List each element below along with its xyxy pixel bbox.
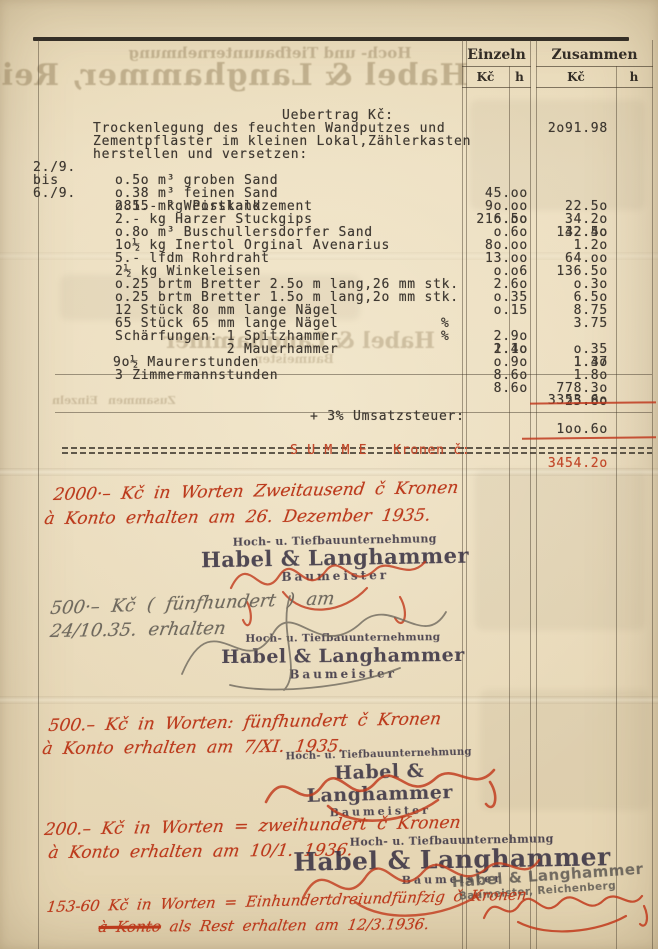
- table-row: 12 Stück 8o mm lange Nägel % 2.9o o.35: [0, 291, 658, 304]
- summe-value: 3454.2o: [498, 457, 608, 470]
- table-row: o.25 brtm Bretter 1.5o m lang,2o mm stk.…: [0, 278, 658, 291]
- payment5-line2: à Konto als Rest erhalten am 12/3.1936.: [97, 915, 430, 936]
- table-row: 285.- kg Portlandzement o.5o 142.5o: [0, 187, 658, 200]
- table-top-border: [33, 37, 629, 41]
- header-einzeln: Einzeln: [462, 47, 531, 63]
- header-rule: [462, 87, 531, 88]
- header-rule: [462, 66, 531, 67]
- header-kc-zusammen: Kč: [536, 70, 616, 84]
- header-rule: [536, 87, 653, 88]
- invoice-scan: Hoch- und Tiefbauunternehmung Habel & La…: [0, 0, 658, 949]
- table-row: 2.- kg Harzer Stuckgips o.6o 1.2o: [0, 200, 658, 213]
- table-row: o.8o m³ Buschullersdorfer Sand 8o.oo 64.…: [0, 213, 658, 226]
- table-row: 3 Zimmermannstunden 8.6o 25.8o: [0, 356, 658, 369]
- table-row: 5.- lfdm Rohrdraht o.o6 o.3o: [0, 239, 658, 252]
- tax-label: + 3% Umsatzsteuer:: [310, 410, 465, 423]
- table-row: bis o.38 m³ feinen Sand 9o.oo 34.2o: [0, 161, 658, 174]
- bleedthrough-smudge: [475, 470, 645, 630]
- table-row: 2 Mauerhammer o.9o 1.8o: [0, 330, 658, 343]
- signature-red-2: [258, 752, 508, 822]
- header-zusammen: Zusammen: [536, 47, 653, 63]
- intro-line: Trockenlegung des feuchten Wandputzes un…: [0, 109, 658, 122]
- table-row: o.25 brtm Bretter 2.5o m lang,26 mm stk.…: [0, 265, 658, 278]
- table-row: 9o½ Maurerstunden 8.6o 778.3o: [0, 343, 658, 356]
- header-rule: [536, 66, 653, 67]
- payment3-line1: 500.– Kč in Worten: fünfhundert č Kronen: [47, 709, 442, 736]
- header-h-einzeln: h: [509, 70, 530, 84]
- table-row: 65 Stück 65 mm lange Nägel % 2.1o 1.37: [0, 304, 658, 317]
- payment5-rest: als Rest erhalten am 12/3.1936.: [160, 915, 431, 935]
- payment1-line2: à Konto erhalten am 26. Dezember 1935.: [43, 506, 432, 529]
- payment5-struck-words: à Konto: [97, 917, 162, 936]
- intro-line: Zementpflaster im kleinen Lokal,Zählerka…: [0, 122, 658, 135]
- payment1-line1: 2000·– Kč in Worten Zweitausend č Kronen: [52, 478, 460, 505]
- intro-line: herstellen und versetzen:: [0, 135, 658, 148]
- subtotal-row: 3353.6o: [0, 381, 658, 394]
- table-row: 2./9. o.5o m³ groben Sand 45.oo 22.5o: [0, 148, 658, 161]
- bleedthrough-top-large: Habel & Langhammer, Reichenberg: [18, 58, 468, 93]
- header-kc-einzeln: Kč: [462, 70, 509, 84]
- table-row: Schärfungen: 1 Spitzhammer 1.4o 1.4o: [0, 317, 658, 330]
- uebertrag-row: Uebertrag Kč: 2o91.98: [0, 96, 658, 109]
- summe-label: S U M M E Kronen č:: [290, 444, 471, 457]
- table-row: 6./9. o.15 m³ Weisskalk 216.oo 32.4o: [0, 174, 658, 187]
- header-h-zusammen: h: [616, 70, 652, 84]
- table-row: 1o½ kg Inertol Orginal Avenarius 13.oo 1…: [0, 226, 658, 239]
- table-row: 2½ kg Winkeleisen 2.6o 6.5o: [0, 252, 658, 265]
- signature-pencil: [170, 590, 460, 700]
